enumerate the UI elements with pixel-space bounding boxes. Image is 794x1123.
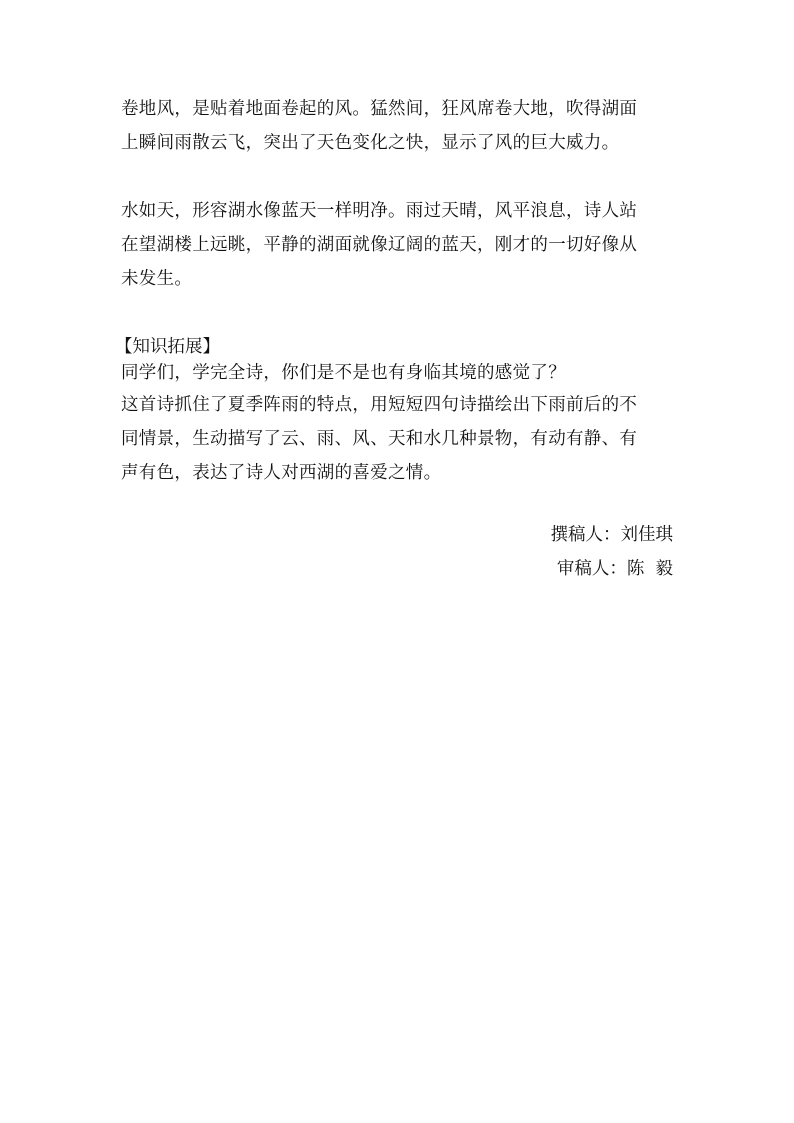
paragraph-wind: 卷地风，是贴着地面卷起的风。猛然间，狂风席卷大地，吹得湖面 上瞬间雨散云飞，突出… [121,92,675,160]
text-line: 卷地风，是贴着地面卷起的风。猛然间，狂风席卷大地，吹得湖面 [121,92,675,126]
reviewer-credit: 审稿人：陈 毅 [121,552,675,586]
author-credit: 撰稿人：刘佳琪 [121,518,675,552]
text-line: 同情景，生动描写了云、雨、风、天和水几种景物，有动有静、有 [121,422,675,456]
text-line: 上瞬间雨散云飞，突出了天色变化之快，显示了风的巨大威力。 [121,126,675,160]
knowledge-section: 【知识拓展】 同学们，学完全诗，你们是不是也有身临其境的感觉了？ 这首诗抓住了夏… [121,330,675,490]
section-heading: 【知识拓展】 [115,330,675,358]
document-page: 卷地风，是贴着地面卷起的风。猛然间，狂风席卷大地，吹得湖面 上瞬间雨散云飞，突出… [121,92,675,586]
text-line: 水如天，形容湖水像蓝天一样明净。雨过天晴，风平浪息，诗人站 [121,194,675,228]
text-line: 声有色，表达了诗人对西湖的喜爱之情。 [121,456,675,490]
text-line: 未发生。 [121,262,675,296]
question-line: 同学们，学完全诗，你们是不是也有身临其境的感觉了？ [121,358,675,388]
paragraph-water-like-sky: 水如天，形容湖水像蓝天一样明净。雨过天晴，风平浪息，诗人站 在望湖楼上远眺，平静… [121,194,675,296]
text-line: 这首诗抓住了夏季阵雨的特点，用短短四句诗描绘出下雨前后的不 [121,388,675,422]
text-line: 在望湖楼上远眺，平静的湖面就像辽阔的蓝天，刚才的一切好像从 [121,228,675,262]
